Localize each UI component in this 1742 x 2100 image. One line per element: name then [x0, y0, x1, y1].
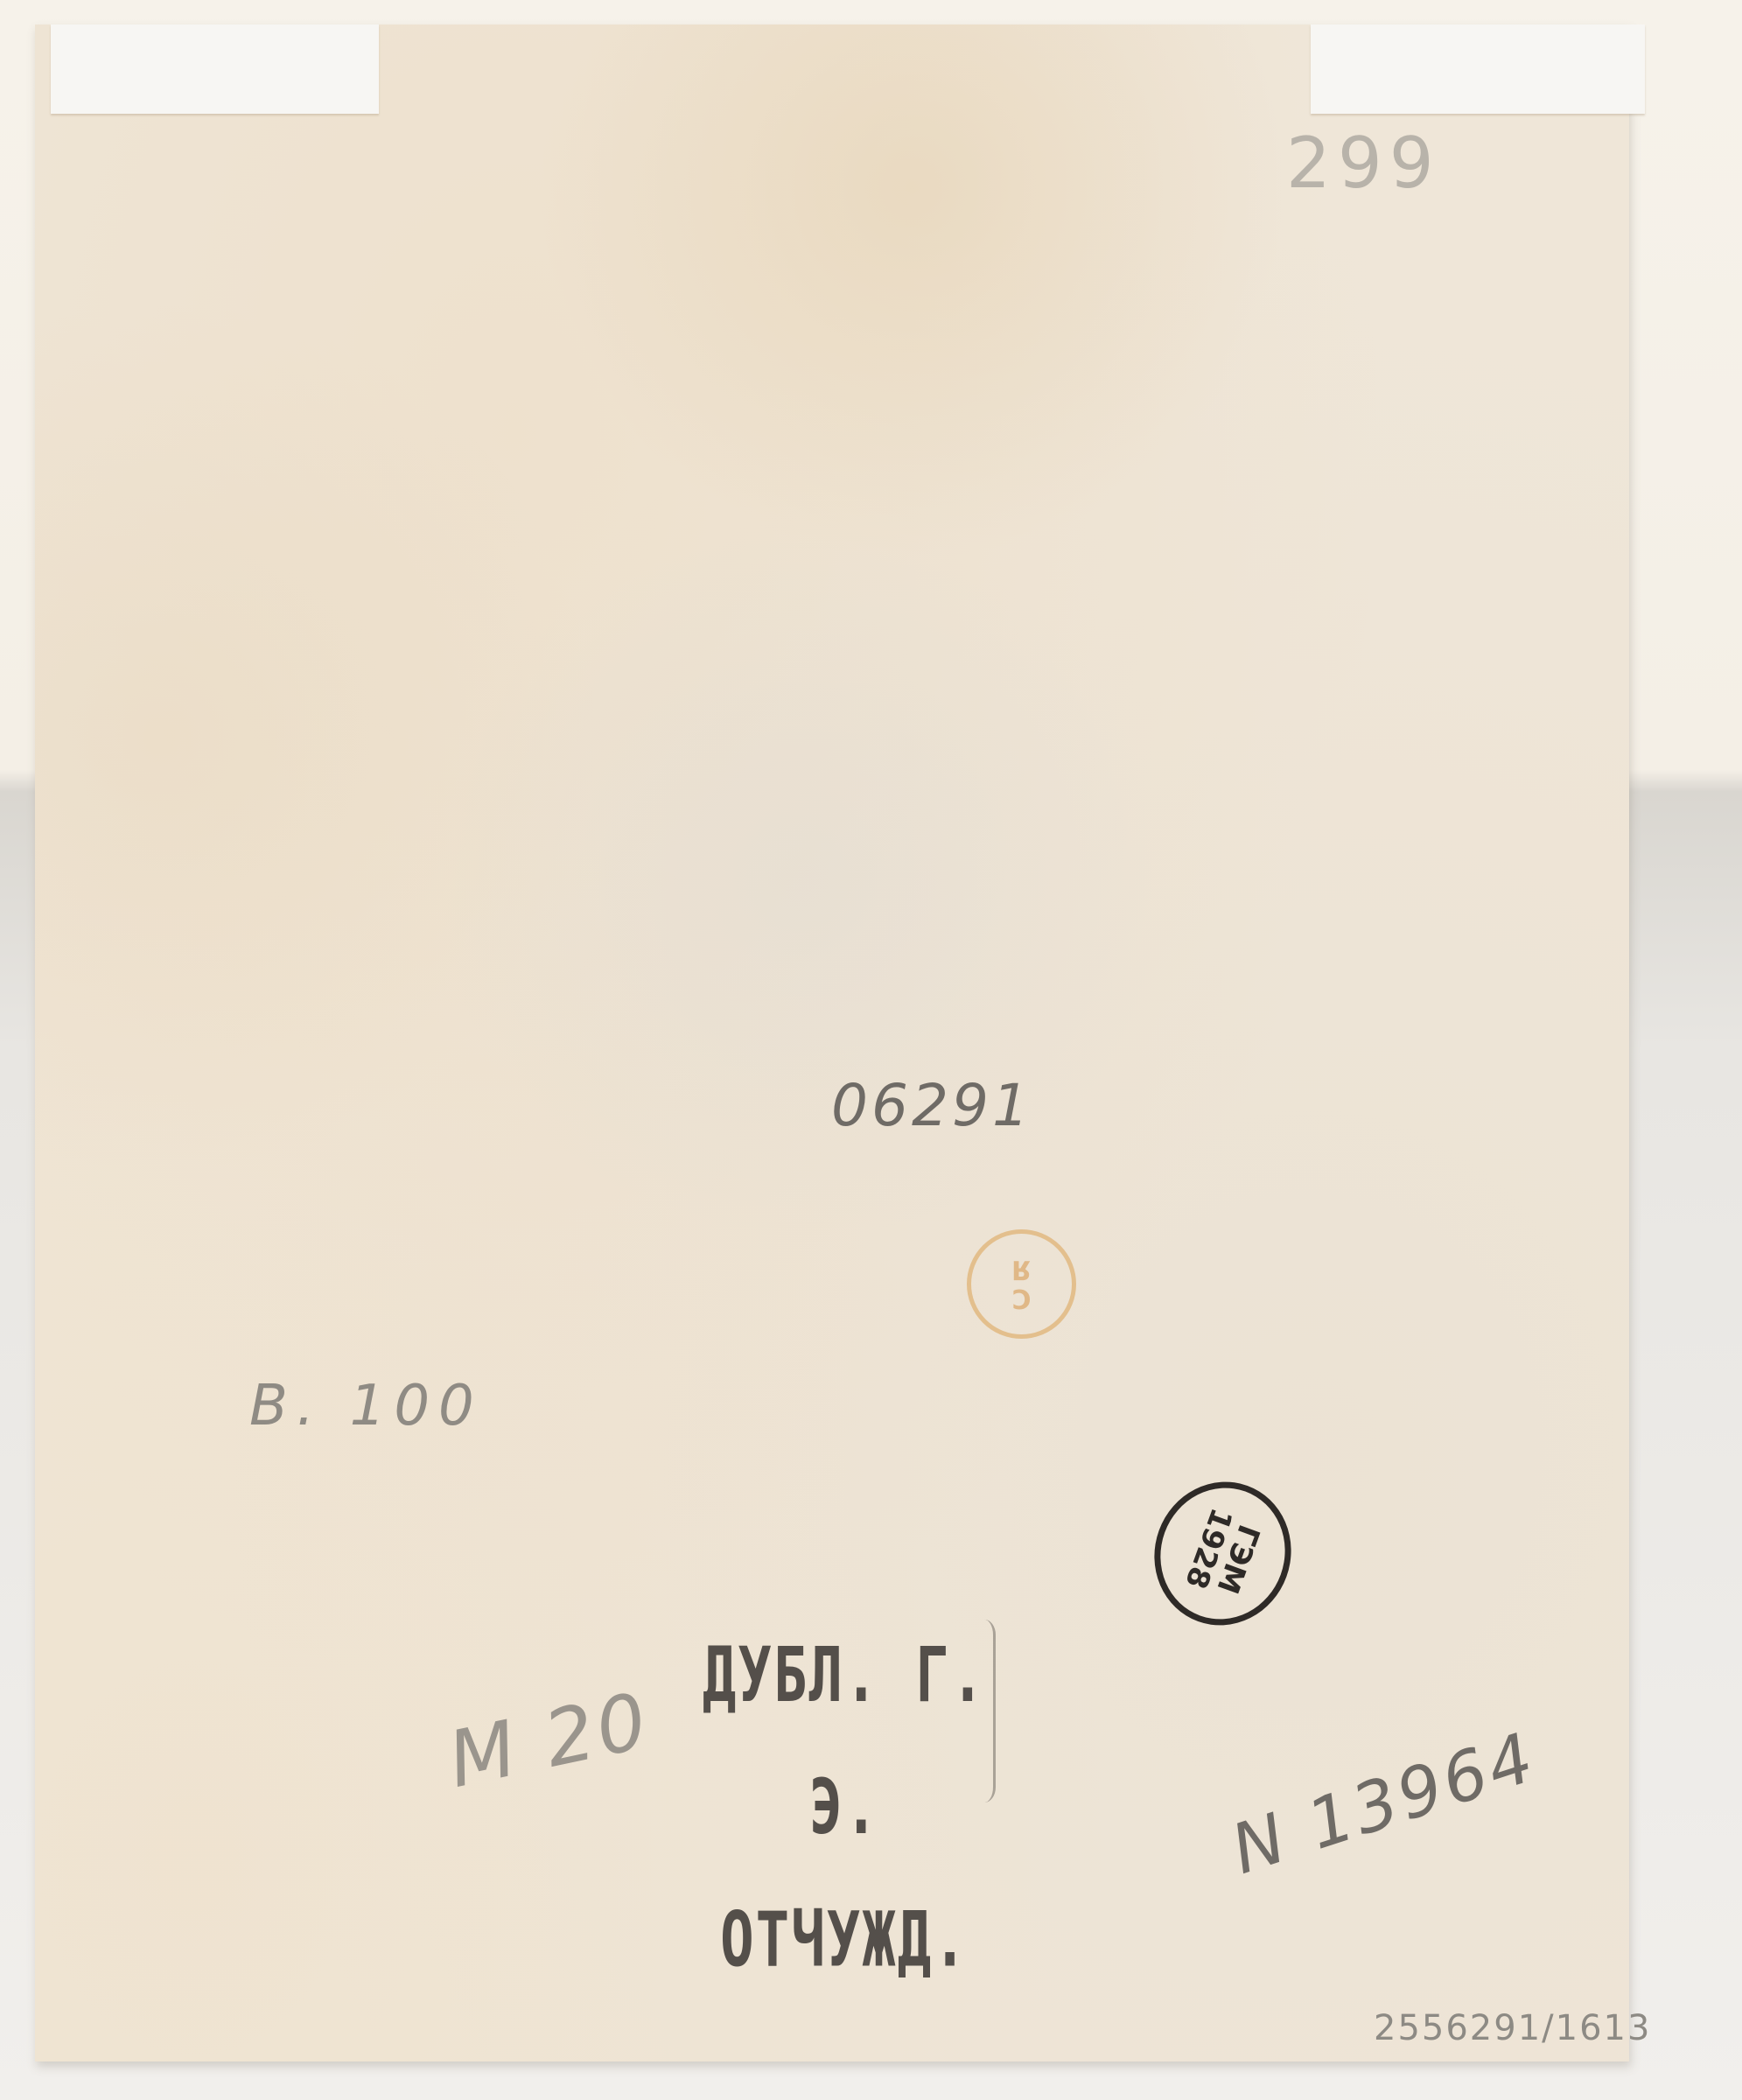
duplicate-deaccession-stamp: ДУБЛ. Г. Э. ОТЧУЖД.: [700, 1610, 989, 2007]
orange-circle-stamp: С Я: [967, 1229, 1076, 1339]
dublet-stamp-line1: ДУБЛ. Г. Э.: [700, 1610, 989, 1874]
hinge-tape-left: [51, 24, 379, 114]
pencil-inventory-number: 2556291/1613: [1374, 2008, 1651, 2048]
hinge-tape-right: [1311, 24, 1645, 114]
pencil-number-top-right: 299: [1286, 122, 1441, 204]
stamp-bracket: [984, 1620, 996, 1802]
pencil-number-center: 06291: [831, 1072, 1032, 1139]
dublet-stamp-line2: ОТЧУЖД.: [700, 1874, 989, 2006]
orange-stamp-line2: Я: [1011, 1256, 1032, 1284]
pencil-catalog-reference: B. 100: [249, 1374, 483, 1438]
orange-stamp-line1: С: [1011, 1284, 1031, 1313]
